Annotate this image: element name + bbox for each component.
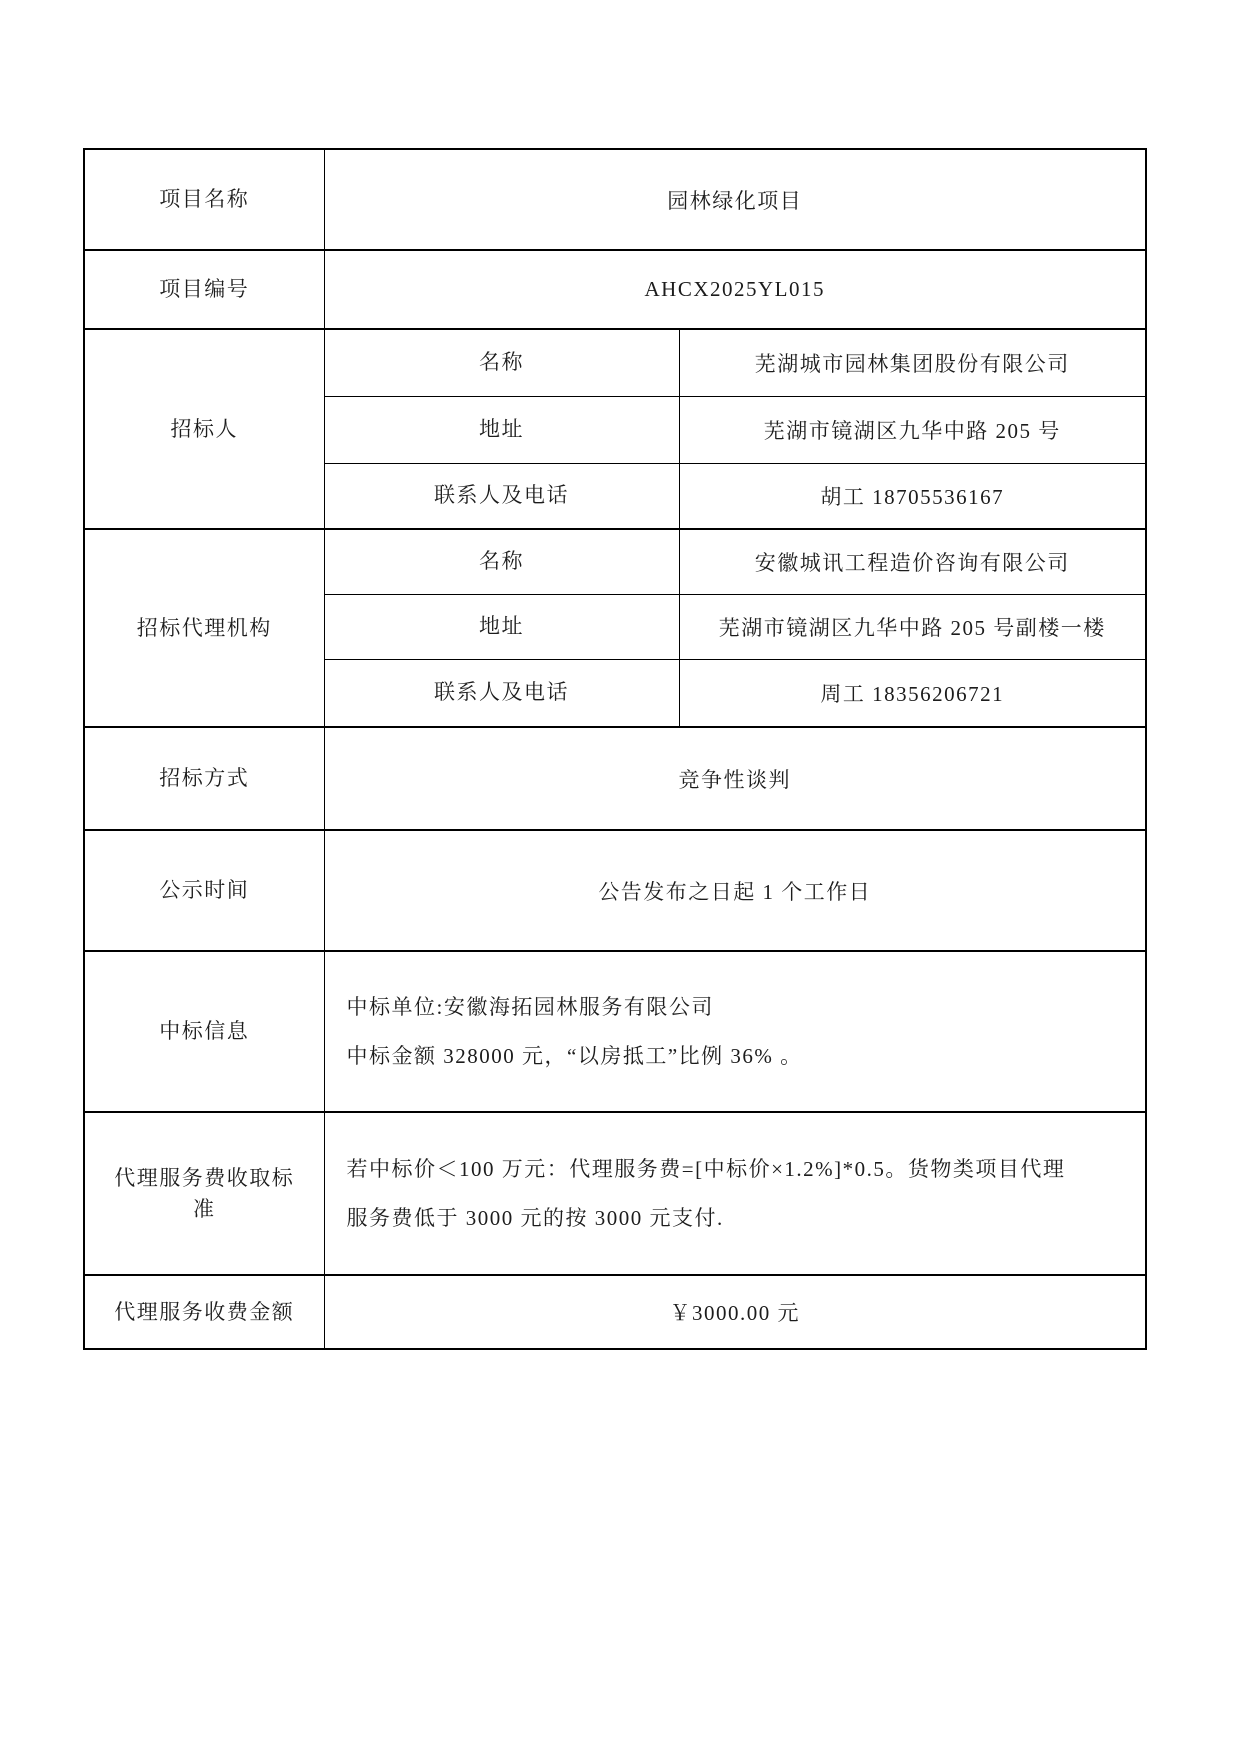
tenderee-name-label: 名称 — [324, 329, 679, 396]
row-agency-fee-standard: 代理服务费收取标 准 若中标价＜100 万元：代理服务费=[中标价×1.2%]*… — [84, 1112, 1146, 1275]
agency-address-value: 芜湖市镜湖区九华中路 205 号副楼一楼 — [679, 594, 1146, 659]
tender-result-table: 项目名称 园林绿化项目 项目编号 AHCX2025YL015 招标人 名称 芜湖… — [83, 148, 1147, 1350]
row-award-info: 中标信息 中标单位:安徽海拓园林服务有限公司 中标金额 328000 元，“以房… — [84, 951, 1146, 1112]
agency-address-label: 地址 — [324, 594, 679, 659]
row-project-no: 项目编号 AHCX2025YL015 — [84, 250, 1146, 329]
tenderee-address-value: 芜湖市镜湖区九华中路 205 号 — [679, 396, 1146, 463]
row-agency-name: 招标代理机构 名称 安徽城讯工程造价咨询有限公司 — [84, 529, 1146, 594]
tenderee-contact-label: 联系人及电话 — [324, 463, 679, 529]
method-value: 竞争性谈判 — [324, 727, 1146, 830]
agency-fee-standard-label: 代理服务费收取标 准 — [84, 1112, 324, 1275]
award-info-value: 中标单位:安徽海拓园林服务有限公司 中标金额 328000 元，“以房抵工”比例… — [324, 951, 1146, 1112]
publicity-period-label: 公示时间 — [84, 830, 324, 951]
document-page: 项目名称 园林绿化项目 项目编号 AHCX2025YL015 招标人 名称 芜湖… — [0, 0, 1239, 1754]
project-no-value: AHCX2025YL015 — [324, 250, 1146, 329]
tenderee-address-label: 地址 — [324, 396, 679, 463]
row-method: 招标方式 竞争性谈判 — [84, 727, 1146, 830]
publicity-period-value: 公告发布之日起 1 个工作日 — [324, 830, 1146, 951]
row-project-name: 项目名称 园林绿化项目 — [84, 149, 1146, 250]
agency-fee-standard-value: 若中标价＜100 万元：代理服务费=[中标价×1.2%]*0.5。货物类项目代理… — [324, 1112, 1146, 1275]
row-publicity-period: 公示时间 公告发布之日起 1 个工作日 — [84, 830, 1146, 951]
method-label: 招标方式 — [84, 727, 324, 830]
tenderee-contact-value: 胡工 18705536167 — [679, 463, 1146, 529]
agency-name-value: 安徽城讯工程造价咨询有限公司 — [679, 529, 1146, 594]
agency-fee-amount-value: ￥3000.00 元 — [324, 1275, 1146, 1349]
tenderee-name-value: 芜湖城市园林集团股份有限公司 — [679, 329, 1146, 396]
row-tenderee-name: 招标人 名称 芜湖城市园林集团股份有限公司 — [84, 329, 1146, 396]
award-info-label: 中标信息 — [84, 951, 324, 1112]
agency-name-label: 名称 — [324, 529, 679, 594]
tenderee-label: 招标人 — [84, 329, 324, 529]
project-name-value: 园林绿化项目 — [324, 149, 1146, 250]
agency-fee-amount-label: 代理服务收费金额 — [84, 1275, 324, 1349]
agency-label: 招标代理机构 — [84, 529, 324, 727]
agency-contact-value: 周工 18356206721 — [679, 659, 1146, 727]
project-no-label: 项目编号 — [84, 250, 324, 329]
project-name-label: 项目名称 — [84, 149, 324, 250]
row-agency-fee-amount: 代理服务收费金额 ￥3000.00 元 — [84, 1275, 1146, 1349]
agency-contact-label: 联系人及电话 — [324, 659, 679, 727]
